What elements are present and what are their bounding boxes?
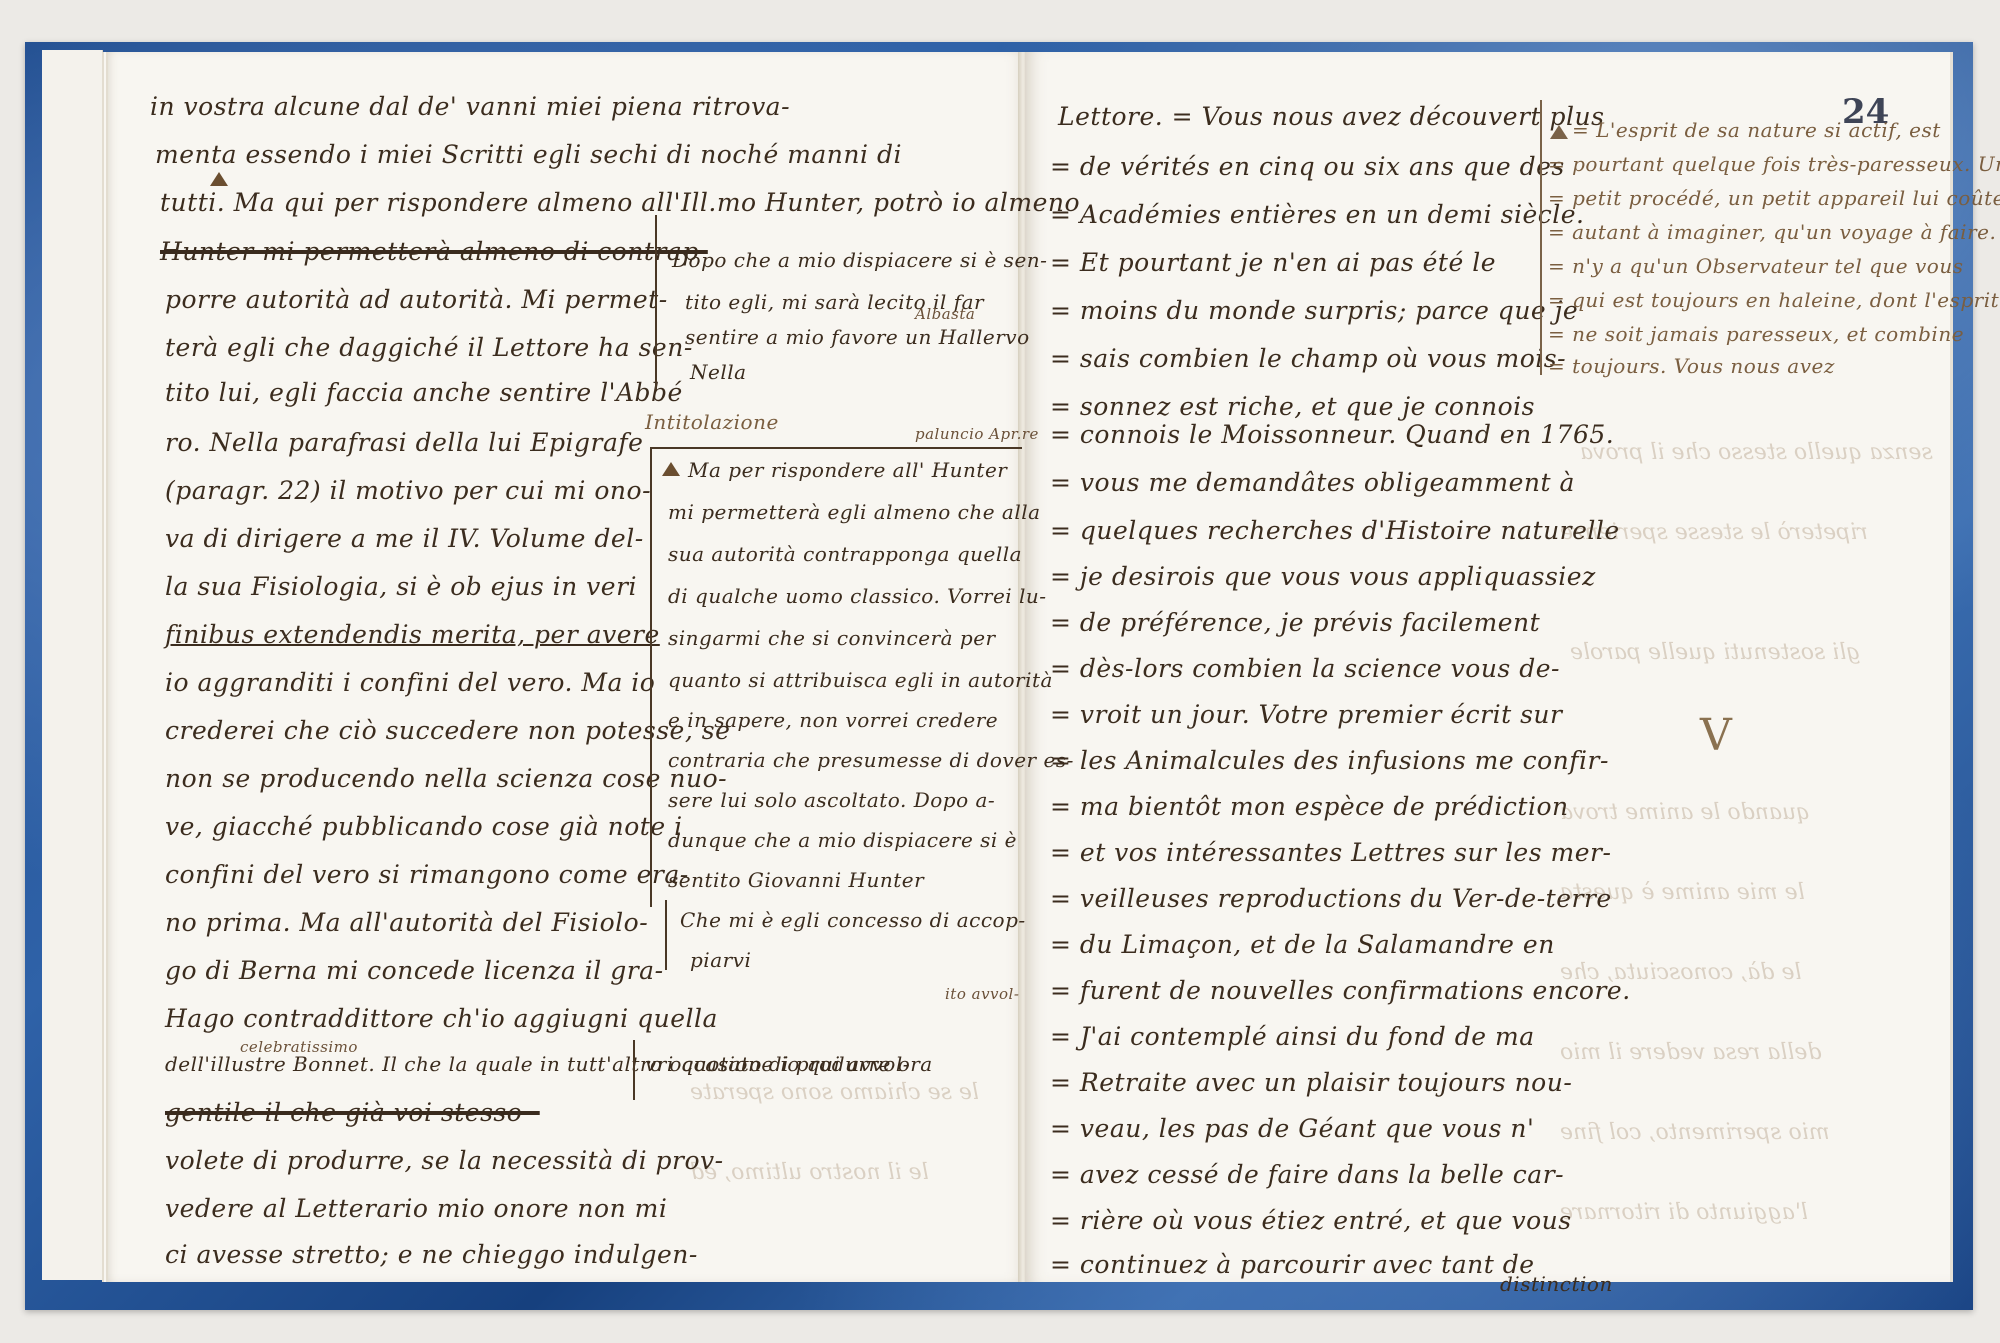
side-note-line: Nella bbox=[690, 360, 747, 384]
manuscript-line: tutti. Ma qui per rispondere almeno all'… bbox=[160, 188, 1080, 217]
manuscript-line: = connois le Moissonneur. Quand en 1765. bbox=[1050, 420, 1614, 449]
bracket-mark bbox=[1540, 100, 1542, 375]
manuscript-line: = et vos intéressantes Lettres sur les m… bbox=[1050, 838, 1611, 867]
manuscript-line: terà egli che daggiché il Lettore ha sen… bbox=[165, 333, 693, 362]
insertion-triangle-icon bbox=[662, 462, 680, 476]
manuscript-line: volete di produrre, se la necessità di p… bbox=[165, 1146, 724, 1175]
bracket-mark bbox=[633, 1040, 635, 1100]
boxed-note-line: singarmi che si convincerà per bbox=[668, 626, 996, 650]
margin-note-line: = toujours. Vous nous avez bbox=[1548, 354, 1835, 378]
bracket-mark bbox=[665, 900, 667, 970]
manuscript-line: = Et pourtant je n'en ai pas été le bbox=[1050, 248, 1496, 277]
side-note-line: Dopo che a mio dispiacere si è sen- bbox=[672, 248, 1047, 272]
margin-note-line: = n'y a qu'un Observateur tel que vous bbox=[1548, 254, 1963, 278]
manuscript-line: go di Berna mi concede licenza il gra- bbox=[165, 956, 664, 985]
manuscript-line: Lettore. = Vous nous avez découvert plus bbox=[1058, 102, 1604, 131]
margin-note-line: = L'esprit de sa nature si actif, est bbox=[1572, 118, 1941, 142]
margin-note-line: = ne soit jamais paresseux, et combine bbox=[1548, 322, 1964, 346]
manuscript-line: = du Limaçon, et de la Salamandre en bbox=[1050, 930, 1555, 959]
boxed-note-line: Ma per rispondere all' Hunter bbox=[688, 458, 1007, 482]
manuscript-line: = sonnez est riche, et que je connois bbox=[1050, 392, 1535, 421]
boxed-note-line: di qualche uomo classico. Vorrei lu- bbox=[668, 584, 1047, 608]
manuscript-line: = les Animalcules des infusions me confi… bbox=[1050, 746, 1609, 775]
manuscript-line: = rière où vous étiez entré, et que vous bbox=[1050, 1206, 1572, 1235]
boxed-note-line: dunque che a mio dispiacere si è bbox=[668, 828, 1017, 852]
manuscript-line: Hago contraddittore ch'io aggiugni quell… bbox=[165, 1004, 718, 1033]
bracket-mark bbox=[655, 215, 657, 390]
struck-line: gentile il che già voi stesso - bbox=[165, 1098, 540, 1127]
manuscript-line: = avez cessé de faire dans la belle car- bbox=[1050, 1160, 1564, 1189]
manuscript-line: non se producendo nella scienza cose nuo… bbox=[165, 764, 727, 793]
bleed-through-text: gli sostenuti quelle parole bbox=[1570, 640, 1860, 665]
side-note-line: piarvi bbox=[690, 948, 751, 972]
manuscript-line: ro. Nella parafrasi della lui Epigrafe bbox=[165, 428, 643, 457]
bleed-through-text: mio sperimento, col fine bbox=[1560, 1120, 1830, 1145]
struck-line: Hunter mi permetterà almeno di contrap- bbox=[160, 237, 708, 266]
interlinear-note: ito avvol- bbox=[945, 985, 1019, 1003]
manuscript-line: confini del vero si rimangono come era- bbox=[165, 860, 689, 889]
side-note-line: sentire a mio favore un Hallervo bbox=[685, 325, 1030, 349]
manuscript-line: = de préférence, je prévis facilement bbox=[1050, 608, 1540, 637]
manuscript-line: = Retraite avec un plaisir toujours nou- bbox=[1050, 1068, 1572, 1097]
manuscript-line: = vous me demandâtes obligeamment à bbox=[1050, 468, 1575, 497]
manuscript-line: crederei che ciò succedere non potesse, … bbox=[165, 716, 730, 745]
manuscript-line: = moins du monde surpris; parce que je bbox=[1050, 296, 1578, 325]
side-label: Intitolazione bbox=[645, 410, 779, 434]
manuscript-line: (paragr. 22) il motivo per cui mi ono- bbox=[165, 476, 651, 505]
margin-note-line: = qui est toujours en haleine, dont l'es… bbox=[1548, 288, 1999, 312]
manuscript-line: ci avesse stretto; e ne chieggo indulgen… bbox=[165, 1240, 698, 1269]
insertion-triangle-icon bbox=[1550, 125, 1568, 139]
margin-note-line: = pourtant quelque fois très-paresseux. … bbox=[1548, 152, 2000, 176]
boxed-note-line: mi permetterà egli almeno che alla bbox=[668, 500, 1041, 524]
boxed-note-line: sere lui solo ascoltato. Dopo a- bbox=[668, 788, 995, 812]
bleed-through-text: le il nostro ultimo, ed bbox=[690, 1160, 929, 1185]
bleed-through-text: della resa vedere il mio bbox=[1560, 1040, 1822, 1065]
manuscript-line: = continuez à parcourir avec tant de bbox=[1050, 1250, 1535, 1279]
side-label-right: paluncio Apr.re bbox=[915, 425, 1039, 443]
manuscript-line: = quelques recherches d'Histoire naturel… bbox=[1050, 516, 1620, 545]
manuscript-line: in vostra alcune dal de' vanni miei pien… bbox=[150, 92, 790, 121]
bleed-through-text: le se chiamo sono sperate bbox=[690, 1080, 979, 1105]
boxed-note-line: sentito Giovanni Hunter bbox=[668, 868, 924, 892]
manuscript-line: = je desirois que vous vous appliquassie… bbox=[1050, 562, 1596, 591]
insertion-triangle-icon bbox=[210, 172, 228, 186]
interlinear-note: vri quotato di produrre ora bbox=[645, 1052, 933, 1076]
boxed-note-line: sua autorità contrapponga quella bbox=[668, 542, 1022, 566]
flyleaf-edge bbox=[42, 50, 103, 1280]
manuscript-line: = Académies entières en un demi siècle. bbox=[1050, 200, 1584, 229]
manuscript-line: = de vérités en cinq ou six ans que des bbox=[1050, 152, 1565, 181]
section-numeral: V bbox=[1700, 710, 1732, 761]
interlinear-note: celebratissimo bbox=[240, 1038, 358, 1056]
bleed-through-text: senza quello stesso che il prova bbox=[1580, 440, 1933, 465]
manuscript-line: = veau, les pas de Géant que vous n' bbox=[1050, 1114, 1534, 1143]
manuscript-line: = ma bientôt mon espèce de prédiction bbox=[1050, 792, 1569, 821]
manuscript-line: va di dirigere a me il IV. Volume del- bbox=[165, 524, 644, 553]
manuscript-line: menta essendo i miei Scritti egli sechi … bbox=[155, 140, 902, 169]
manuscript-line: la sua Fisiologia, si è ob ejus in veri bbox=[165, 572, 637, 601]
manuscript-line: ve, giacché pubblicando cose già note i bbox=[165, 812, 683, 841]
bleed-through-text: quando le anime trova bbox=[1560, 800, 1810, 825]
manuscript-line: vedere al Letterario mio onore non mi bbox=[165, 1194, 667, 1223]
box-left-border bbox=[650, 447, 652, 907]
margin-note-line: = petit procédé, un petit appareil lui c… bbox=[1548, 186, 2000, 210]
manuscript-line: = vroit un jour. Votre premier écrit sur bbox=[1050, 700, 1562, 729]
manuscript-line: = furent de nouvelles confirmations enco… bbox=[1050, 976, 1631, 1005]
manuscript-line: porre autorità ad autorità. Mi permet- bbox=[165, 285, 668, 314]
manuscript-line: = dès-lors combien la science vous de- bbox=[1050, 654, 1560, 683]
interlinear-note: Albasta bbox=[915, 305, 975, 323]
manuscript-line: io aggranditi i confini del vero. Ma io bbox=[165, 668, 655, 697]
manuscript-line: = veilleuses reproductions du Ver-de-ter… bbox=[1050, 884, 1612, 913]
manuscript-line: = sais combien le champ où vous mois- bbox=[1050, 344, 1566, 373]
bleed-through-text: l'aggiunto di ritornare bbox=[1560, 1200, 1808, 1225]
box-top-border bbox=[650, 447, 1022, 449]
manuscript-line: = J'ai contemplé ainsi du fond de ma bbox=[1050, 1022, 1535, 1051]
boxed-note-line: quanto si attribuisca egli in autorità bbox=[668, 668, 1053, 692]
boxed-note-line: contraria che presumesse di dover es- bbox=[668, 748, 1074, 772]
manuscript-line: tito lui, egli faccia anche sentire l'Ab… bbox=[165, 378, 683, 407]
manuscript-line-underlined: finibus extendendis merita, per avere bbox=[165, 620, 660, 649]
margin-note-line: = autant à imaginer, qu'un voyage à fair… bbox=[1548, 220, 2000, 244]
manuscript-line: no prima. Ma all'autorità del Fisiolo- bbox=[165, 908, 648, 937]
manuscript-line: distinction bbox=[1500, 1272, 1613, 1296]
boxed-note-line: e in sapere, non vorrei credere bbox=[668, 708, 998, 732]
side-note-line: Che mi è egli concesso di accop- bbox=[680, 908, 1026, 932]
